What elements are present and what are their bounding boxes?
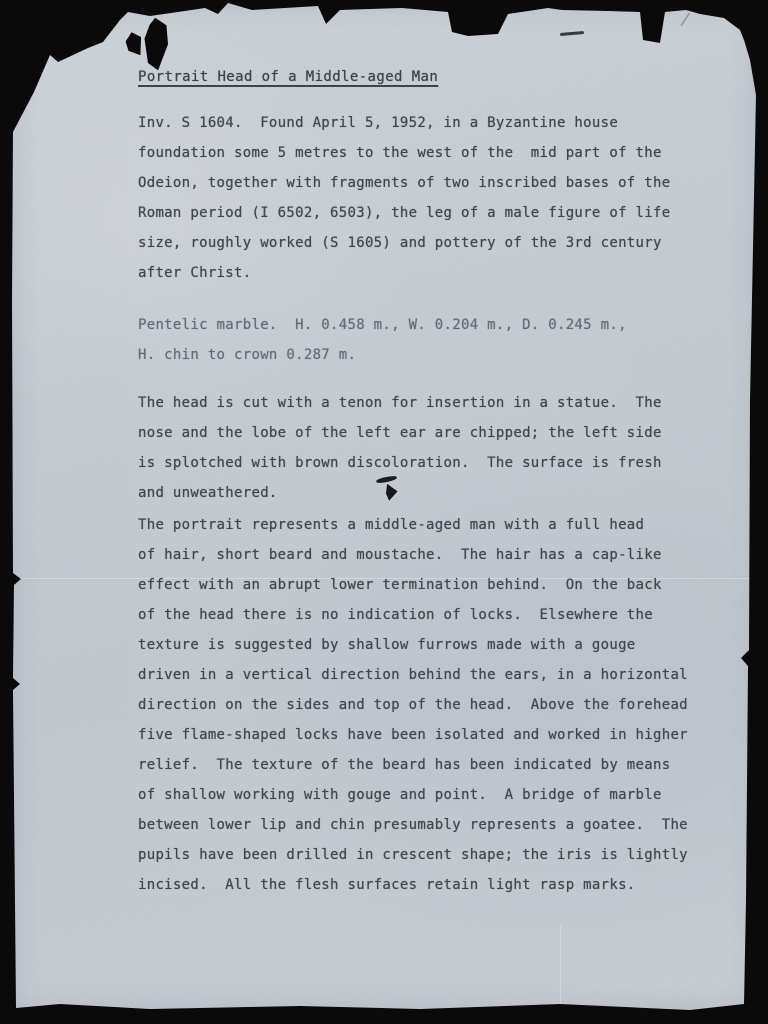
ink-blot-mark (374, 474, 408, 504)
ink-blot-stroke-bottom (383, 484, 399, 502)
paper-sheet: Portrait Head of a Middle-aged Man Inv. … (8, 0, 760, 1014)
paragraph-material-dimensions: Pentelic marble. H. 0.458 m., W. 0.204 m… (138, 310, 627, 370)
torn-hole-large (141, 17, 170, 71)
fold-crease-vertical (560, 925, 562, 1014)
edge-pen-dash (560, 31, 584, 36)
paragraph-provenance: Inv. S 1604. Found April 5, 1952, in a B… (138, 108, 670, 288)
document-title: Portrait Head of a Middle-aged Man (138, 66, 438, 88)
paragraph-description: The portrait represents a middle-aged ma… (138, 510, 688, 900)
torn-hole-small (124, 31, 143, 57)
scan-background: Portrait Head of a Middle-aged Man Inv. … (0, 0, 768, 1024)
ink-blot-stroke-top (376, 475, 398, 484)
pencil-annotation: 7 / (655, 5, 694, 30)
